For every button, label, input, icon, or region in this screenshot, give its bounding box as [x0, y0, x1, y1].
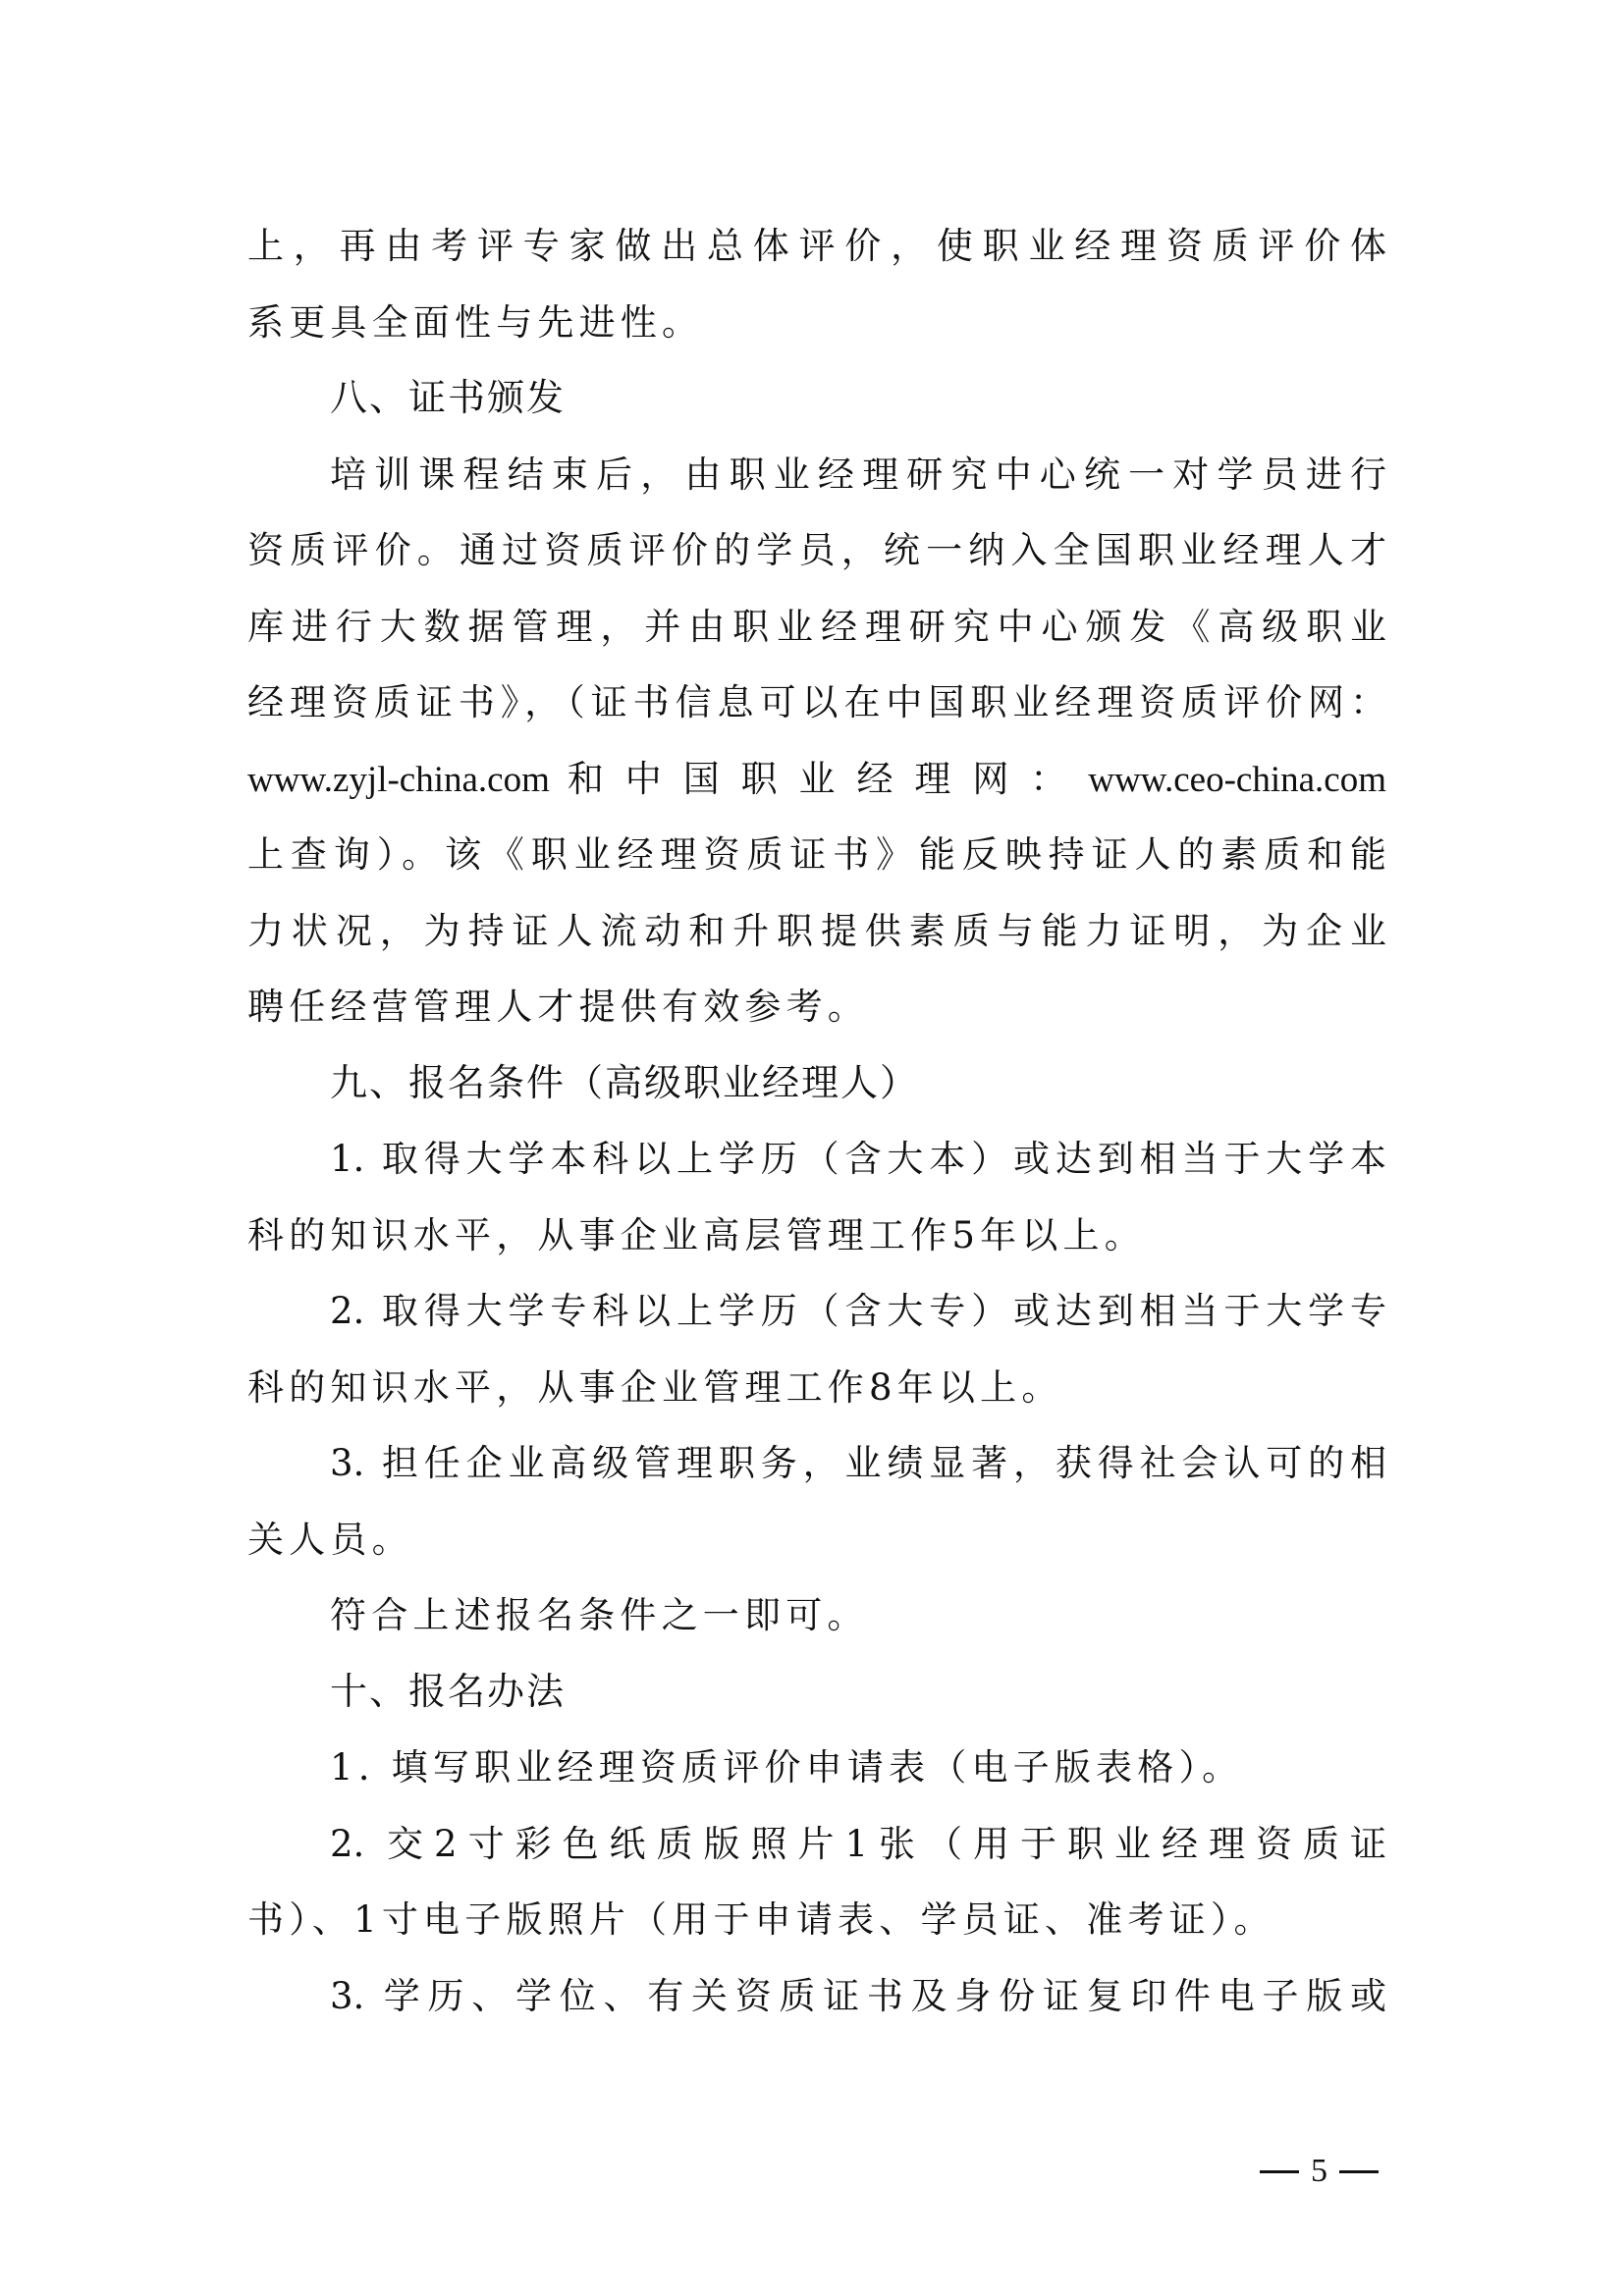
list-item-line: 关人员。 [247, 1502, 1386, 1578]
page-number: 5 [1260, 2153, 1379, 2190]
list-item-line: 3. 担任企业高级管理职务，业绩显著，获得社会认可的相 [247, 1425, 1386, 1502]
document-page: 上，再由考评专家做出总体评价，使职业经理资质评价体 系更具全面性与先进性。 八、… [247, 208, 1386, 2034]
body-line: 资质评价。通过资质评价的学员，统一纳入全国职业经理人才 [247, 512, 1386, 589]
list-item-line: 2. 取得大学专科以上学历（含大专）或达到相当于大学专 [247, 1273, 1386, 1350]
body-line: 库进行大数据管理，并由职业经理研究中心颁发《高级职业 [247, 589, 1386, 666]
body-line: 系更具全面性与先进性。 [247, 285, 1386, 361]
body-text: 和中国职业经理网： [550, 758, 1088, 800]
body-line: 力状况，为持证人流动和升职提供素质与能力证明，为企业 [247, 893, 1386, 970]
list-item-line: 1. 取得大学本科以上学历（含大本）或达到相当于大学本 [247, 1121, 1386, 1198]
body-line: 上，再由考评专家做出总体评价，使职业经理资质评价体 [247, 208, 1386, 285]
body-line: 经理资质证书》，（证书信息可以在中国职业经理资质评价网： [247, 665, 1386, 741]
list-item-line: 科的知识水平，从事企业管理工作8年以上。 [247, 1350, 1386, 1426]
section-heading-certificate: 八、证书颁发 [247, 360, 1386, 437]
list-item-line: 书）、1寸电子版照片（用于申请表、学员证、准考证）。 [247, 1882, 1386, 1958]
page-number-value: 5 [1311, 2153, 1327, 2190]
body-line: 聘任经营管理人才提供有效参考。 [247, 969, 1386, 1045]
section-heading-requirements: 九、报名条件（高级职业经理人） [247, 1045, 1386, 1122]
body-line-urls: www.zyjl-china.com和中国职业经理网：www.ceo-china… [247, 741, 1386, 818]
dash-decoration [1339, 2170, 1379, 2173]
body-line: 培训课程结束后，由职业经理研究中心统一对学员进行 [247, 437, 1386, 513]
dash-decoration [1260, 2170, 1299, 2173]
body-line: 符合上述报名条件之一即可。 [247, 1577, 1386, 1654]
list-item-line: 2. 交2寸彩色纸质版照片1张（用于职业经理资质证 [247, 1806, 1386, 1883]
section-heading-registration: 十、报名办法 [247, 1654, 1386, 1731]
link-ceo-china[interactable]: www.ceo-china.com [1088, 760, 1386, 800]
list-item-line: 科的知识水平，从事企业高层管理工作5年以上。 [247, 1198, 1386, 1274]
link-zyjl-china[interactable]: www.zyjl-china.com [247, 760, 550, 800]
list-item-line: 3. 学历、学位、有关资质证书及身份证复印件电子版或 [247, 1958, 1386, 2035]
list-item-line: 1. 填写职业经理资质评价申请表（电子版表格）。 [247, 1730, 1386, 1806]
body-line: 上查询）。该《职业经理资质证书》能反映持证人的素质和能 [247, 817, 1386, 893]
